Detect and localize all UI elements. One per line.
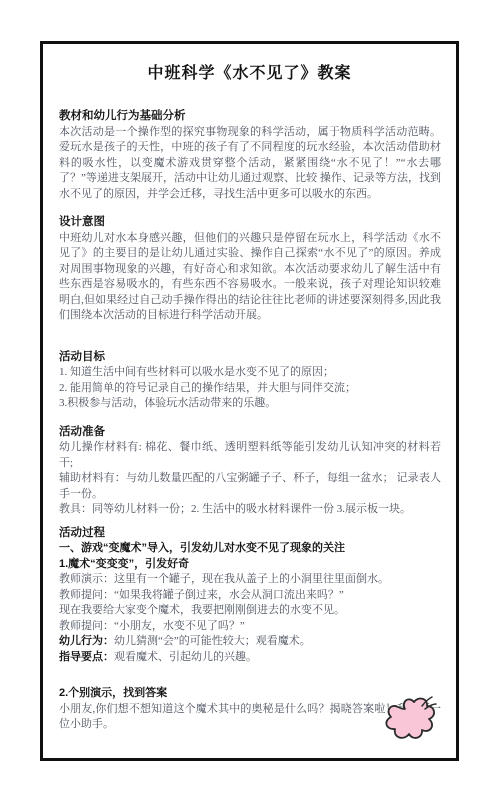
preparation-item: 幼儿操作材料有: 棉花、餐巾纸、透明塑料纸等能引发幼儿认知冲突的材料若干; (59, 440, 441, 471)
section-heading: 教材和幼儿行为基础分析 (59, 109, 441, 125)
section-heading: 活动目标 (59, 350, 441, 366)
line-label: 幼儿行为： (59, 635, 114, 647)
process-line: 教师提问：“小朋友，水变不见了吗？” (59, 619, 441, 635)
document-body: 教材和幼儿行为基础分析 本次活动是一个操作型的探究事物现象的科学活动，属于物质科… (43, 109, 456, 733)
process-line: 教师提问：“如果我将罐子倒过来，水会从洞口流出来吗？” (59, 588, 441, 604)
process-labeled-line: 指导要点：观看魔术、引起幼儿的兴趣。 (59, 650, 441, 666)
section-material-analysis: 教材和幼儿行为基础分析 本次活动是一个操作型的探究事物现象的科学活动，属于物质科… (59, 109, 441, 202)
page-title: 中班科学《水不见了》教案 (53, 60, 446, 83)
section-heading: 活动过程 (59, 526, 441, 542)
goal-item: 1. 知道生活中间有些材料可以吸水是水变不见了的原因； (59, 365, 441, 381)
goal-item: 2. 能用简单的符号记录自己的操作结果，并大胆与同伴交流； (59, 381, 441, 397)
document-page-frame: 中班科学《水不见了》教案 教材和幼儿行为基础分析 本次活动是一个操作型的探究事物… (40, 41, 459, 761)
process-line: 现在我要给大家变个魔术，我要把刚刚倒进去的水变不见。 (59, 603, 441, 619)
section-heading: 活动准备 (59, 425, 441, 441)
line-label: 指导要点： (59, 651, 114, 663)
preparation-item: 辅助材料有：与幼儿数量匹配的八宝粥罐子子、杯子，每组一盆水； 记录表人手一份。 (59, 471, 441, 502)
section-activity-preparation: 活动准备 幼儿操作材料有: 棉花、餐巾纸、透明塑料纸等能引发幼儿认知冲突的材料若… (59, 425, 441, 518)
section-activity-goals: 活动目标 1. 知道生活中间有些材料可以吸水是水变不见了的原因； 2. 能用简单… (59, 350, 441, 412)
section-heading: 设计意图 (59, 215, 441, 231)
line-text: 观看魔术、引起幼儿的兴趣。 (114, 651, 257, 663)
process-labeled-line: 幼儿行为：幼儿猜测“会”的可能性较大；观看魔术。 (59, 634, 441, 650)
line-text: 幼儿猜测“会”的可能性较大；观看魔术。 (114, 635, 311, 647)
section-paragraph: 中班幼儿对水本身感兴趣，但他们的兴趣只是停留在玩水上，科学活动《水不见了》的主要… (59, 231, 441, 324)
preparation-item: 教具：同等幼儿材料一份；2. 生活中的吸水材料课件一份 3.展示板一块。 (59, 502, 441, 518)
process-substep-heading: 1.魔术“变变变”，引发好奇 (59, 557, 441, 573)
section-paragraph: 本次活动是一个操作型的探究事物现象的科学活动，属于物质科学活动范畴。爱玩水是孩子… (59, 125, 441, 203)
process-line: 教师演示：这里有一个罐子，现在我从盖子上的小洞里往里面倒水。 (59, 572, 441, 588)
process-step-heading: 一、游戏“变魔术”导入，引发幼儿对水变不见了现象的关注 (59, 541, 441, 557)
goal-item: 3.积极参与活动，体验玩水活动带来的乐趣。 (59, 396, 441, 412)
butterfly-doodle-icon (378, 694, 440, 746)
section-design-intent: 设计意图 中班幼儿对水本身感兴趣，但他们的兴趣只是停留在玩水上，科学活动《水不见… (59, 215, 441, 324)
